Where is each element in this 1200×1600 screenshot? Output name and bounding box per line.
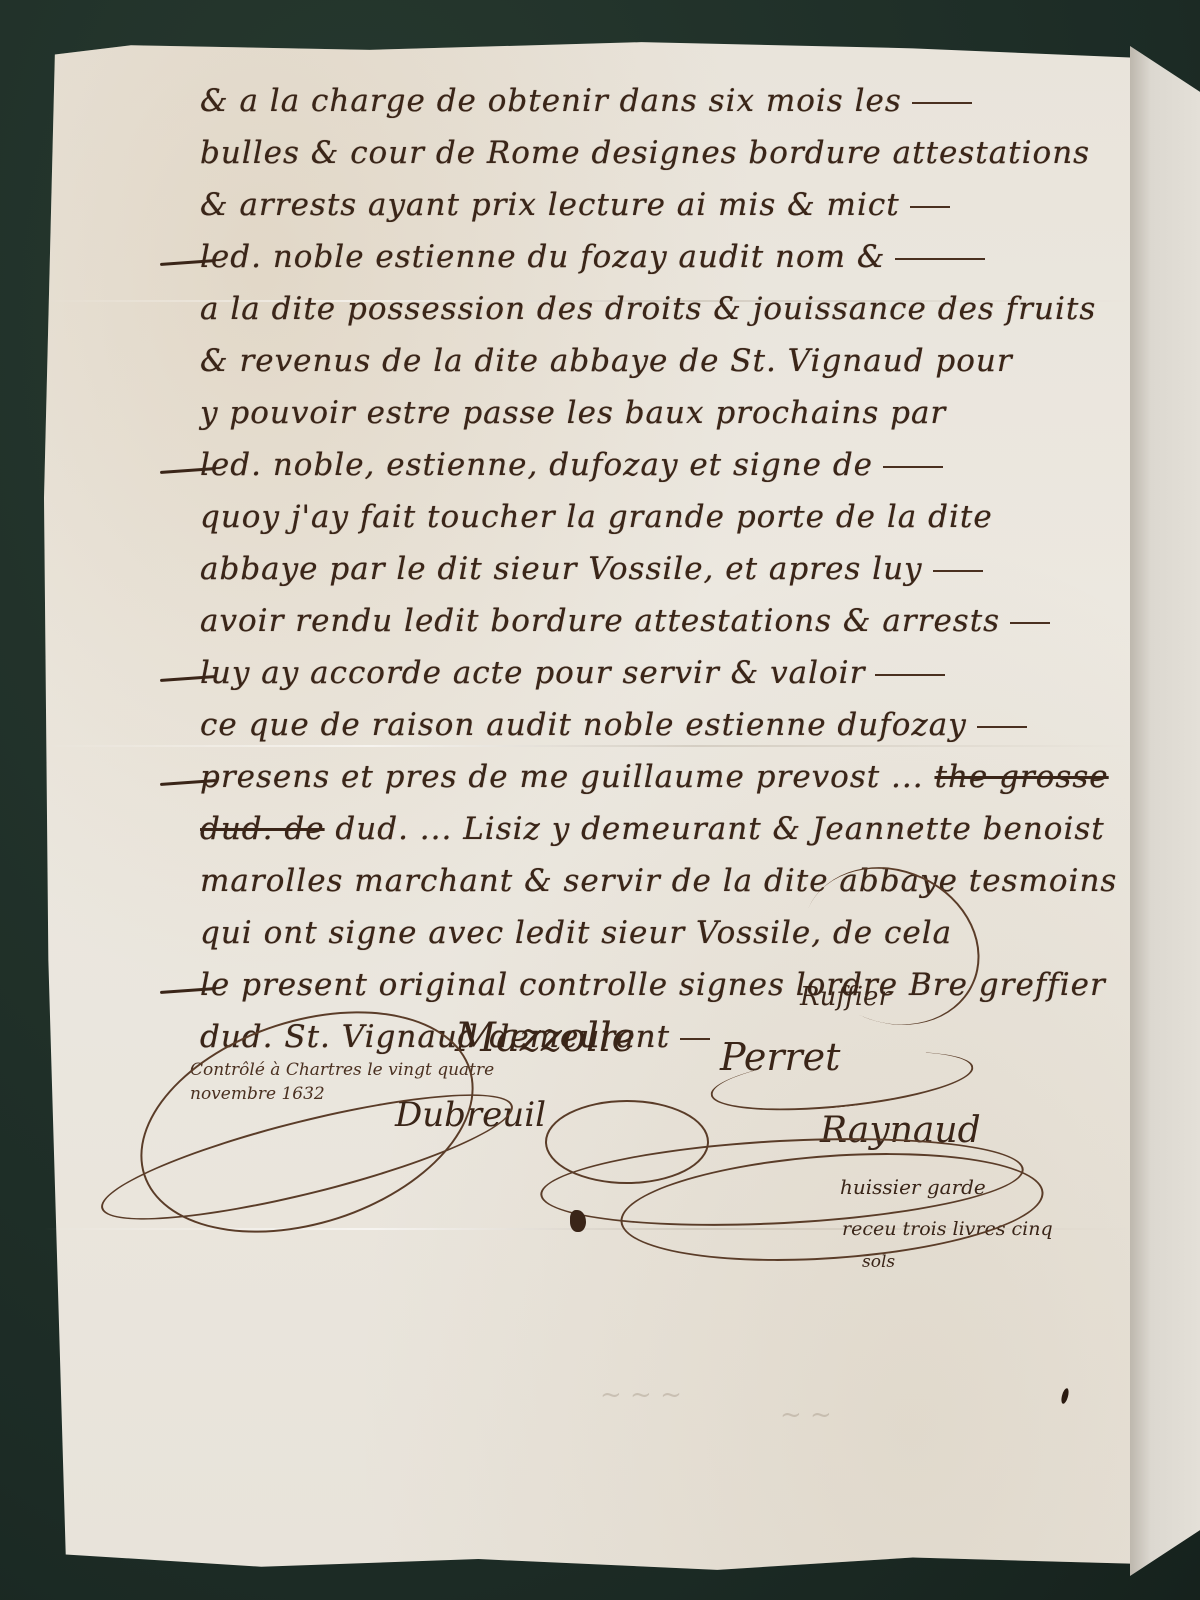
line-filler-dash bbox=[895, 258, 985, 260]
signature-mazzolle: Mazzolle bbox=[455, 1015, 635, 1061]
text-line: abbaye par le dit sieur Vossile, et apre… bbox=[200, 543, 1160, 595]
struck-text: the grosse bbox=[934, 759, 1108, 795]
text-line: le present original controlle signes lor… bbox=[200, 959, 1160, 1011]
show-through-text: ~ ~ ~ bbox=[600, 1380, 682, 1410]
text-line: y pouvoir estre passe les baux prochains… bbox=[200, 387, 1160, 439]
text-line: led. noble, estienne, dufozay et signe d… bbox=[200, 439, 1160, 491]
text-line: led. noble estienne du fozay audit nom & bbox=[200, 231, 1160, 283]
text-line: & arrests ayant prix lecture ai mis & mi… bbox=[200, 179, 1160, 231]
line-filler-dash bbox=[933, 570, 983, 572]
line-filler-dash bbox=[680, 1038, 710, 1040]
text-line: bulles & cour de Rome designes bordure a… bbox=[200, 127, 1160, 179]
text-line: avoir rendu ledit bordure attestations &… bbox=[200, 595, 1160, 647]
line-filler-dash bbox=[977, 726, 1027, 728]
signature-flourish bbox=[545, 1100, 709, 1184]
line-filler-dash bbox=[912, 102, 972, 104]
text-line: presens et pres de me guillaume prevost … bbox=[200, 751, 1160, 803]
struck-text: dud. de bbox=[200, 811, 325, 847]
line-filler-dash bbox=[883, 466, 943, 468]
line-filler-dash bbox=[875, 674, 945, 676]
line-filler-dash bbox=[910, 206, 950, 208]
text-line: marolles marchant & servir de la dite ab… bbox=[200, 855, 1160, 907]
text-line: luy ay accorde acte pour servir & valoir bbox=[200, 647, 1160, 699]
show-through-text: ~ ~ bbox=[780, 1400, 832, 1430]
line-filler-dash bbox=[1010, 622, 1050, 624]
text-line: & a la charge de obtenir dans six mois l… bbox=[200, 75, 1160, 127]
text-line: & revenus de la dite abbaye de St. Vigna… bbox=[200, 335, 1160, 387]
text-line: a la dite possession des droits & jouiss… bbox=[200, 283, 1160, 335]
text-line: quoy j'ay fait toucher la grande porte d… bbox=[200, 491, 1160, 543]
text-line: ce que de raison audit noble estienne du… bbox=[200, 699, 1160, 751]
body-text: & a la charge de obtenir dans six mois l… bbox=[200, 75, 1160, 1063]
text-line: dud. de dud. ... Lisiz y demeurant & Jea… bbox=[200, 803, 1160, 855]
text-line: qui ont signe avec ledit sieur Vossile, … bbox=[200, 907, 1160, 959]
ink-blot bbox=[570, 1210, 586, 1232]
